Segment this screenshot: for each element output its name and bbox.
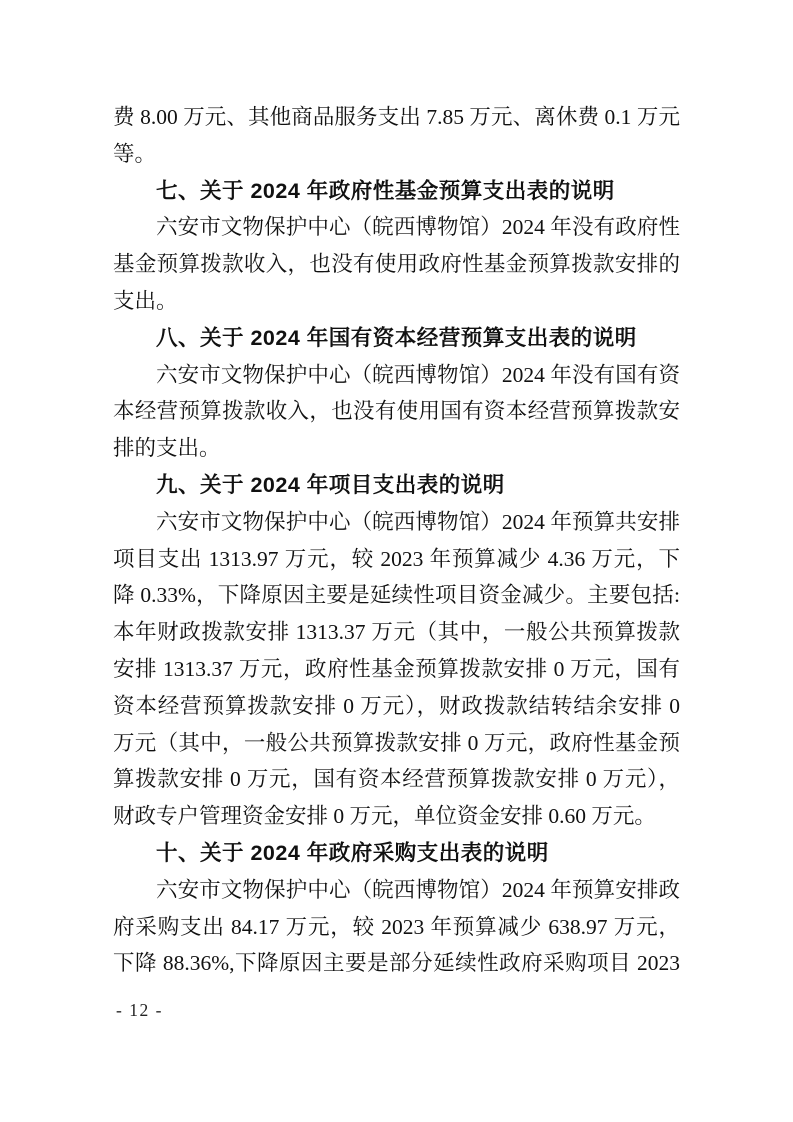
text-line: 排的支出。 xyxy=(113,430,680,467)
text-line: 等。 xyxy=(113,136,680,173)
text-line: 支出。 xyxy=(113,283,680,320)
document-body: 费 8.00 万元、其他商品服务支出 7.85 万元、离休费 0.1 万元等。七… xyxy=(113,99,680,982)
section-heading-10: 十、关于 2024 年政府采购支出表的说明 xyxy=(113,835,680,872)
text-line: 算拨款安排 0 万元，国有资本经营预算拨款安排 0 万元）， xyxy=(113,761,680,798)
text-line: 项目支出 1313.97 万元，较 2023 年预算减少 4.36 万元，下 xyxy=(113,541,680,578)
text-line: 安排 1313.37 万元，政府性基金预算拨款安排 0 万元，国有 xyxy=(113,651,680,688)
page-number: - 12 - xyxy=(116,1000,163,1021)
text-line: 费 8.00 万元、其他商品服务支出 7.85 万元、离休费 0.1 万元 xyxy=(113,99,680,136)
text-line: 府采购支出 84.17 万元，较 2023 年预算减少 638.97 万元， xyxy=(113,909,680,946)
text-line: 基金预算拨款收入，也没有使用政府性基金预算拨款安排的 xyxy=(113,246,680,283)
text-line: 降 0.33%，下降原因主要是延续性项目资金减少。主要包括: xyxy=(113,577,680,614)
section-heading-7: 七、关于 2024 年政府性基金预算支出表的说明 xyxy=(113,173,680,210)
section-heading-9: 九、关于 2024 年项目支出表的说明 xyxy=(113,467,680,504)
text-line: 六安市文物保护中心（皖西博物馆）2024 年没有政府性 xyxy=(113,209,680,246)
document-page: 费 8.00 万元、其他商品服务支出 7.85 万元、离休费 0.1 万元等。七… xyxy=(0,0,793,1122)
text-line: 本年财政拨款安排 1313.37 万元（其中，一般公共预算拨款 xyxy=(113,614,680,651)
text-line: 财政专户管理资金安排 0 万元，单位资金安排 0.60 万元。 xyxy=(113,798,680,835)
text-line: 六安市文物保护中心（皖西博物馆）2024 年预算共安排 xyxy=(113,504,680,541)
section-heading-8: 八、关于 2024 年国有资本经营预算支出表的说明 xyxy=(113,320,680,357)
text-line: 资本经营预算拨款安排 0 万元），财政拨款结转结余安排 0 xyxy=(113,688,680,725)
text-line: 六安市文物保护中心（皖西博物馆）2024 年预算安排政 xyxy=(113,872,680,909)
text-line: 本经营预算拨款收入，也没有使用国有资本经营预算拨款安 xyxy=(113,393,680,430)
text-line: 万元（其中，一般公共预算拨款安排 0 万元，政府性基金预 xyxy=(113,725,680,762)
text-line: 六安市文物保护中心（皖西博物馆）2024 年没有国有资 xyxy=(113,357,680,394)
text-line: 下降 88.36%,下降原因主要是部分延续性政府采购项目 2023 xyxy=(113,945,680,982)
